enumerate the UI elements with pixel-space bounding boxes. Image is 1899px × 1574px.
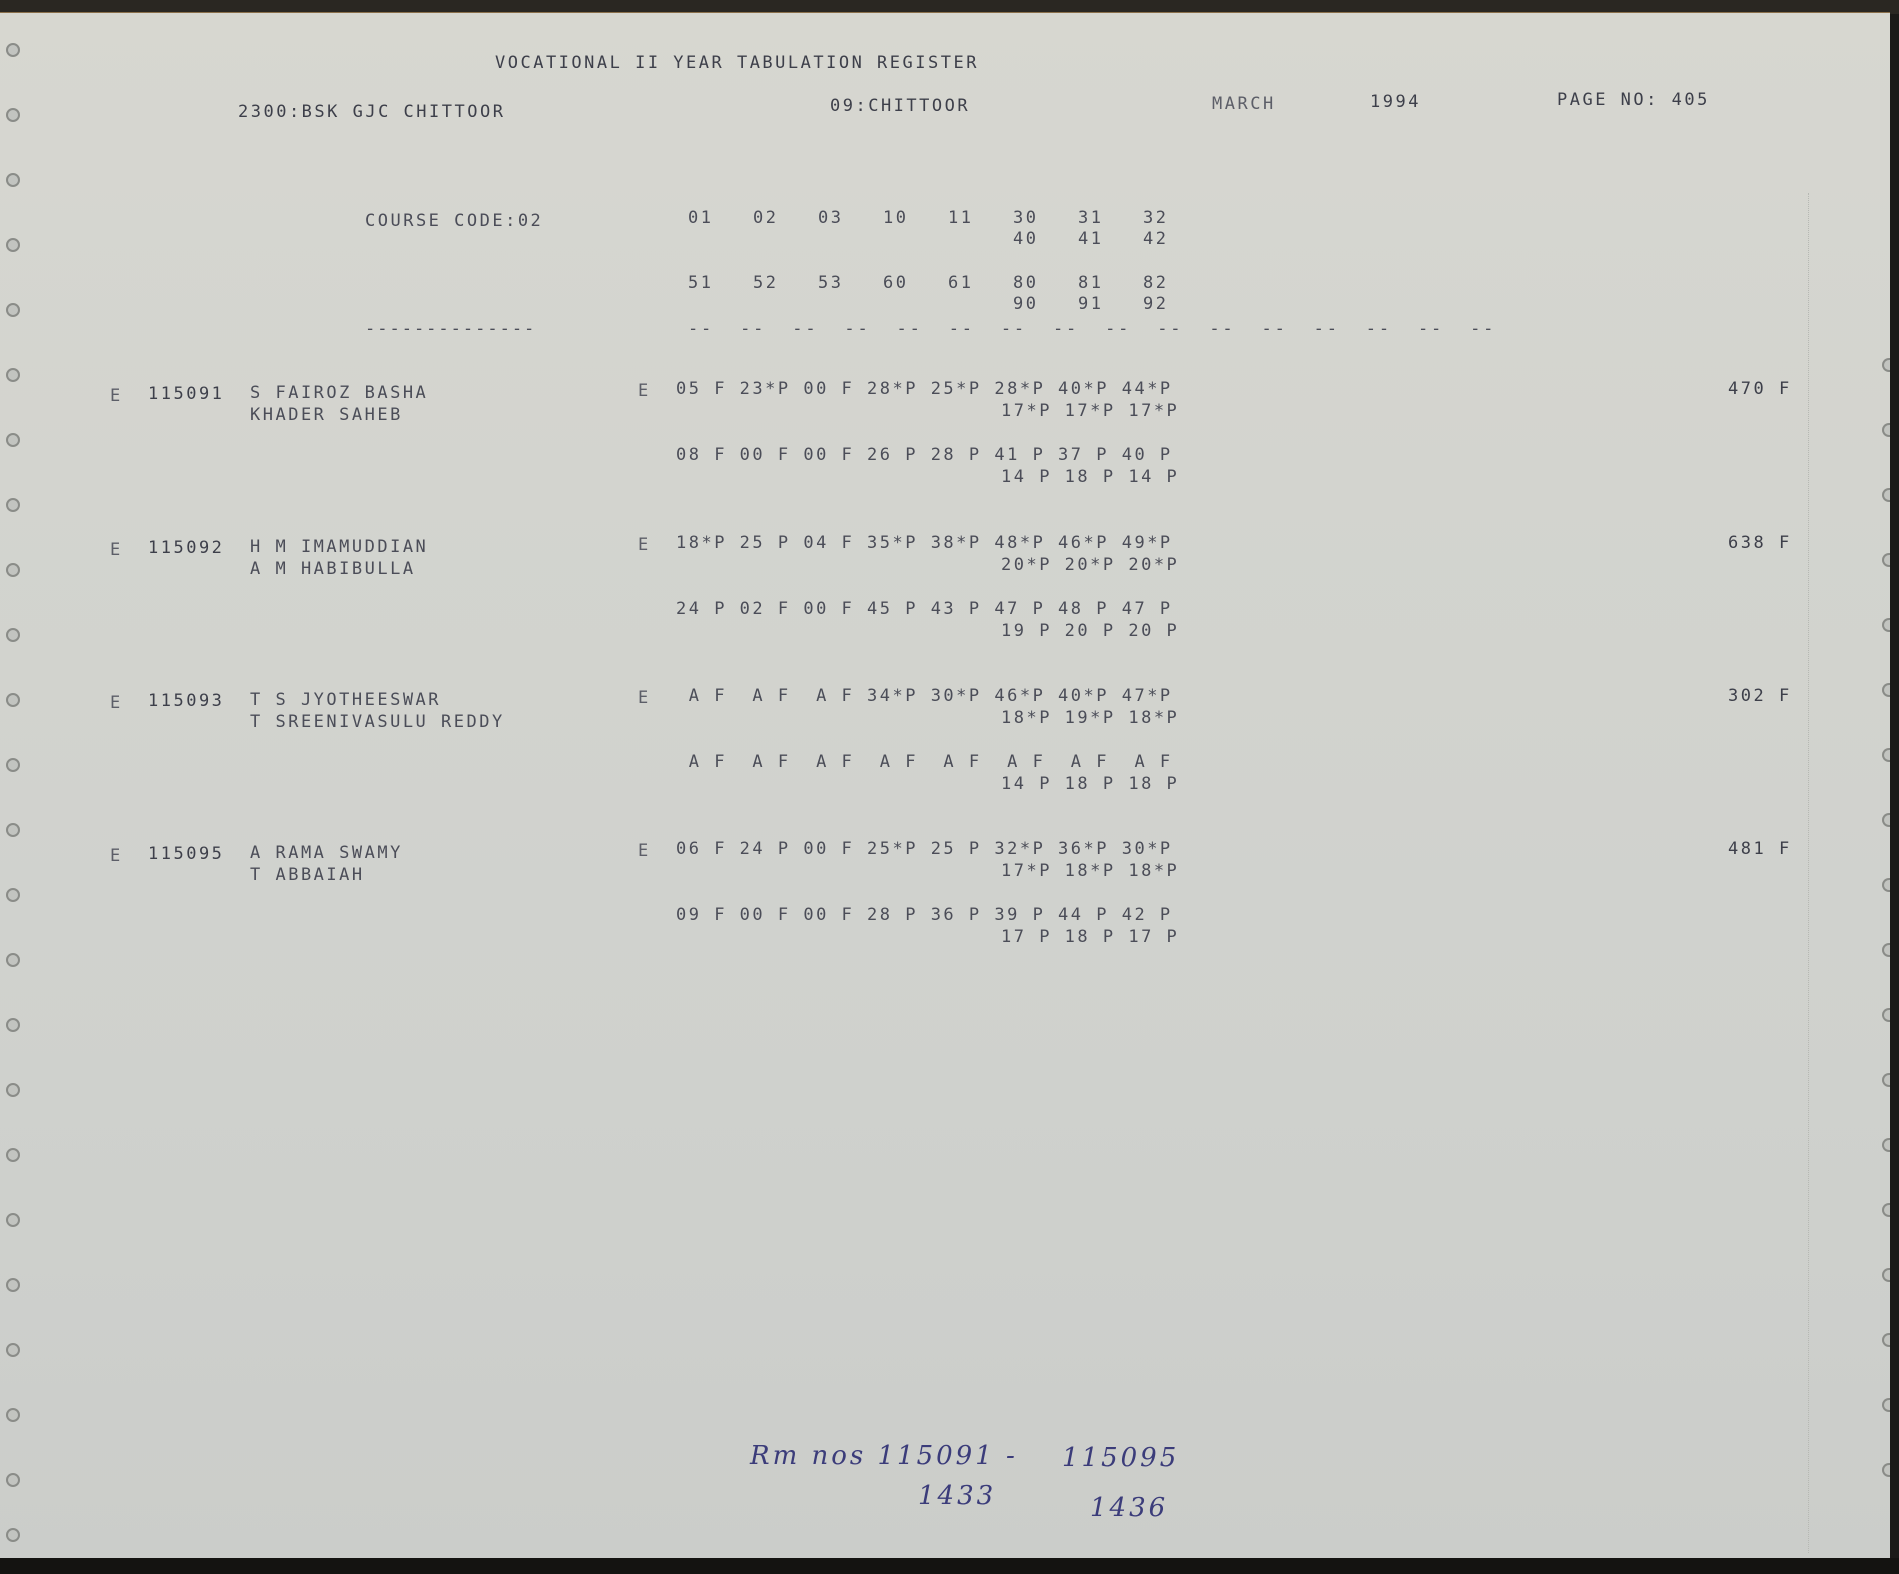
feed-hole <box>6 1473 20 1487</box>
hall-ticket-number: 115092 <box>148 538 224 558</box>
handwritten-number-left: 1433 <box>918 1481 996 1511</box>
second-year-marks-extra: 14 P 18 P 14 P <box>1001 467 1179 487</box>
feed-hole <box>1882 1008 1890 1022</box>
feed-hole <box>6 693 20 707</box>
exam-year: 1994 <box>1370 92 1421 112</box>
first-year-marks-extra: 17*P 18*P 18*P <box>1001 861 1179 881</box>
feed-hole <box>1882 488 1890 502</box>
feed-hole <box>1882 1398 1890 1412</box>
register-title: VOCATIONAL II YEAR TABULATION REGISTER <box>495 53 979 73</box>
medium-code: E <box>110 386 123 406</box>
feed-hole <box>6 888 20 902</box>
subject-code: 02 <box>753 208 778 228</box>
subject-code: 40 <box>1013 229 1038 249</box>
feed-hole <box>1882 1333 1890 1347</box>
subject-code: 52 <box>753 273 778 293</box>
feed-hole <box>6 1213 20 1227</box>
subject-code: 80 <box>1013 273 1038 293</box>
feed-hole <box>6 238 20 252</box>
part-code: E <box>638 535 651 555</box>
feed-hole <box>6 563 20 577</box>
second-year-marks-extra: 17 P 18 P 17 P <box>1001 927 1179 947</box>
subject-code: 53 <box>818 273 843 293</box>
handwritten-number-right: 1436 <box>1090 1493 1168 1523</box>
medium-code: E <box>110 846 123 866</box>
feed-hole <box>6 823 20 837</box>
feed-hole <box>6 173 20 187</box>
subject-code: 11 <box>948 208 973 228</box>
second-year-marks: 08 F 00 F 00 F 26 P 28 P 41 P 37 P 40 P <box>676 445 1173 465</box>
subject-code: 92 <box>1143 294 1168 314</box>
feed-hole <box>1882 1203 1890 1217</box>
feed-hole <box>1882 618 1890 632</box>
feed-hole <box>6 1408 20 1422</box>
medium-code: E <box>110 540 123 560</box>
subject-code: 10 <box>883 208 908 228</box>
feed-hole <box>6 1148 20 1162</box>
college-code: 2300:BSK GJC CHITTOOR <box>238 102 505 122</box>
feed-hole <box>1882 553 1890 567</box>
subject-code: 03 <box>818 208 843 228</box>
first-year-marks: 05 F 23*P 00 F 28*P 25*P 28*P 40*P 44*P <box>676 379 1173 399</box>
medium-code: E <box>110 693 123 713</box>
district-code: 09:CHITTOOR <box>830 96 970 116</box>
subject-code: 51 <box>688 273 713 293</box>
feed-hole <box>1882 943 1890 957</box>
second-year-marks: 24 P 02 F 00 F 45 P 43 P 47 P 48 P 47 P <box>676 599 1173 619</box>
handwritten-roll-range-end: 115095 <box>1062 1443 1179 1473</box>
subject-code: 82 <box>1143 273 1168 293</box>
name-column-rule: -------------- <box>365 319 536 339</box>
feed-hole <box>6 1528 20 1542</box>
father-name: A M HABIBULLA <box>250 559 416 579</box>
first-year-marks-extra: 18*P 19*P 18*P <box>1001 708 1179 728</box>
feed-hole <box>1882 878 1890 892</box>
perforation-line <box>1808 193 1809 1553</box>
student-name: A RAMA SWAMY <box>250 843 403 863</box>
first-year-marks: 18*P 25 P 04 F 35*P 38*P 48*P 46*P 49*P <box>676 533 1173 553</box>
subject-code: 31 <box>1078 208 1103 228</box>
first-year-marks-extra: 20*P 20*P 20*P <box>1001 555 1179 575</box>
subject-code: 60 <box>883 273 908 293</box>
hall-ticket-number: 115091 <box>148 384 224 404</box>
handwritten-roll-range-start: Rm nos 115091 - <box>750 1441 1018 1471</box>
subject-code: 30 <box>1013 208 1038 228</box>
subject-code: 41 <box>1078 229 1103 249</box>
feed-hole <box>6 628 20 642</box>
first-year-marks-extra: 17*P 17*P 17*P <box>1001 401 1179 421</box>
feed-hole <box>1882 1138 1890 1152</box>
feed-hole <box>1882 683 1890 697</box>
feed-hole <box>6 108 20 122</box>
first-year-marks: 06 F 24 P 00 F 25*P 25 P 32*P 36*P 30*P <box>676 839 1173 859</box>
feed-hole <box>6 303 20 317</box>
feed-hole <box>6 368 20 382</box>
part-code: E <box>638 381 651 401</box>
feed-hole <box>6 1018 20 1032</box>
course-code-label: COURSE CODE:02 <box>365 211 543 231</box>
father-name: T SREENIVASULU REDDY <box>250 712 505 732</box>
part-code: E <box>638 688 651 708</box>
page-number: PAGE NO: 405 <box>1557 90 1710 110</box>
scan-bottom-edge <box>0 1558 1899 1574</box>
exam-month: MARCH <box>1212 94 1276 114</box>
father-name: T ABBAIAH <box>250 865 365 885</box>
subject-code: 42 <box>1143 229 1168 249</box>
second-year-marks: A F A F A F A F A F A F A F A F <box>676 752 1173 772</box>
feed-hole <box>6 43 20 57</box>
hall-ticket-number: 115095 <box>148 844 224 864</box>
feed-hole <box>1882 423 1890 437</box>
feed-hole <box>6 1083 20 1097</box>
feed-hole <box>6 758 20 772</box>
student-name: T S JYOTHEESWAR <box>250 690 441 710</box>
subject-code: 90 <box>1013 294 1038 314</box>
feed-hole <box>1882 813 1890 827</box>
student-name: S FAIROZ BASHA <box>250 383 428 403</box>
subject-code: 32 <box>1143 208 1168 228</box>
feed-hole <box>6 1343 20 1357</box>
total-result: 638 F <box>1728 533 1792 553</box>
feed-hole <box>1882 1073 1890 1087</box>
feed-hole <box>1882 748 1890 762</box>
feed-hole <box>1882 1268 1890 1282</box>
feed-hole <box>1882 358 1890 372</box>
feed-hole <box>6 498 20 512</box>
second-year-marks-extra: 19 P 20 P 20 P <box>1001 621 1179 641</box>
feed-hole <box>6 1278 20 1292</box>
first-year-marks: A F A F A F 34*P 30*P 46*P 40*P 47*P <box>676 686 1173 706</box>
part-code: E <box>638 841 651 861</box>
subject-code: 91 <box>1078 294 1103 314</box>
feed-hole <box>6 953 20 967</box>
second-year-marks: 09 F 00 F 00 F 28 P 36 P 39 P 44 P 42 P <box>676 905 1173 925</box>
total-result: 302 F <box>1728 686 1792 706</box>
hall-ticket-number: 115093 <box>148 691 224 711</box>
feed-hole <box>6 433 20 447</box>
register-sheet: VOCATIONAL II YEAR TABULATION REGISTER 2… <box>0 12 1890 1561</box>
feed-hole <box>1882 1463 1890 1477</box>
student-name: H M IMAMUDDIAN <box>250 537 428 557</box>
marks-column-rule: -- -- -- -- -- -- -- -- -- -- -- -- -- -… <box>688 319 1496 339</box>
total-result: 470 F <box>1728 379 1792 399</box>
father-name: KHADER SAHEB <box>250 405 403 425</box>
subject-code: 61 <box>948 273 973 293</box>
subject-code: 01 <box>688 208 713 228</box>
subject-code: 81 <box>1078 273 1103 293</box>
second-year-marks-extra: 14 P 18 P 18 P <box>1001 774 1179 794</box>
total-result: 481 F <box>1728 839 1792 859</box>
